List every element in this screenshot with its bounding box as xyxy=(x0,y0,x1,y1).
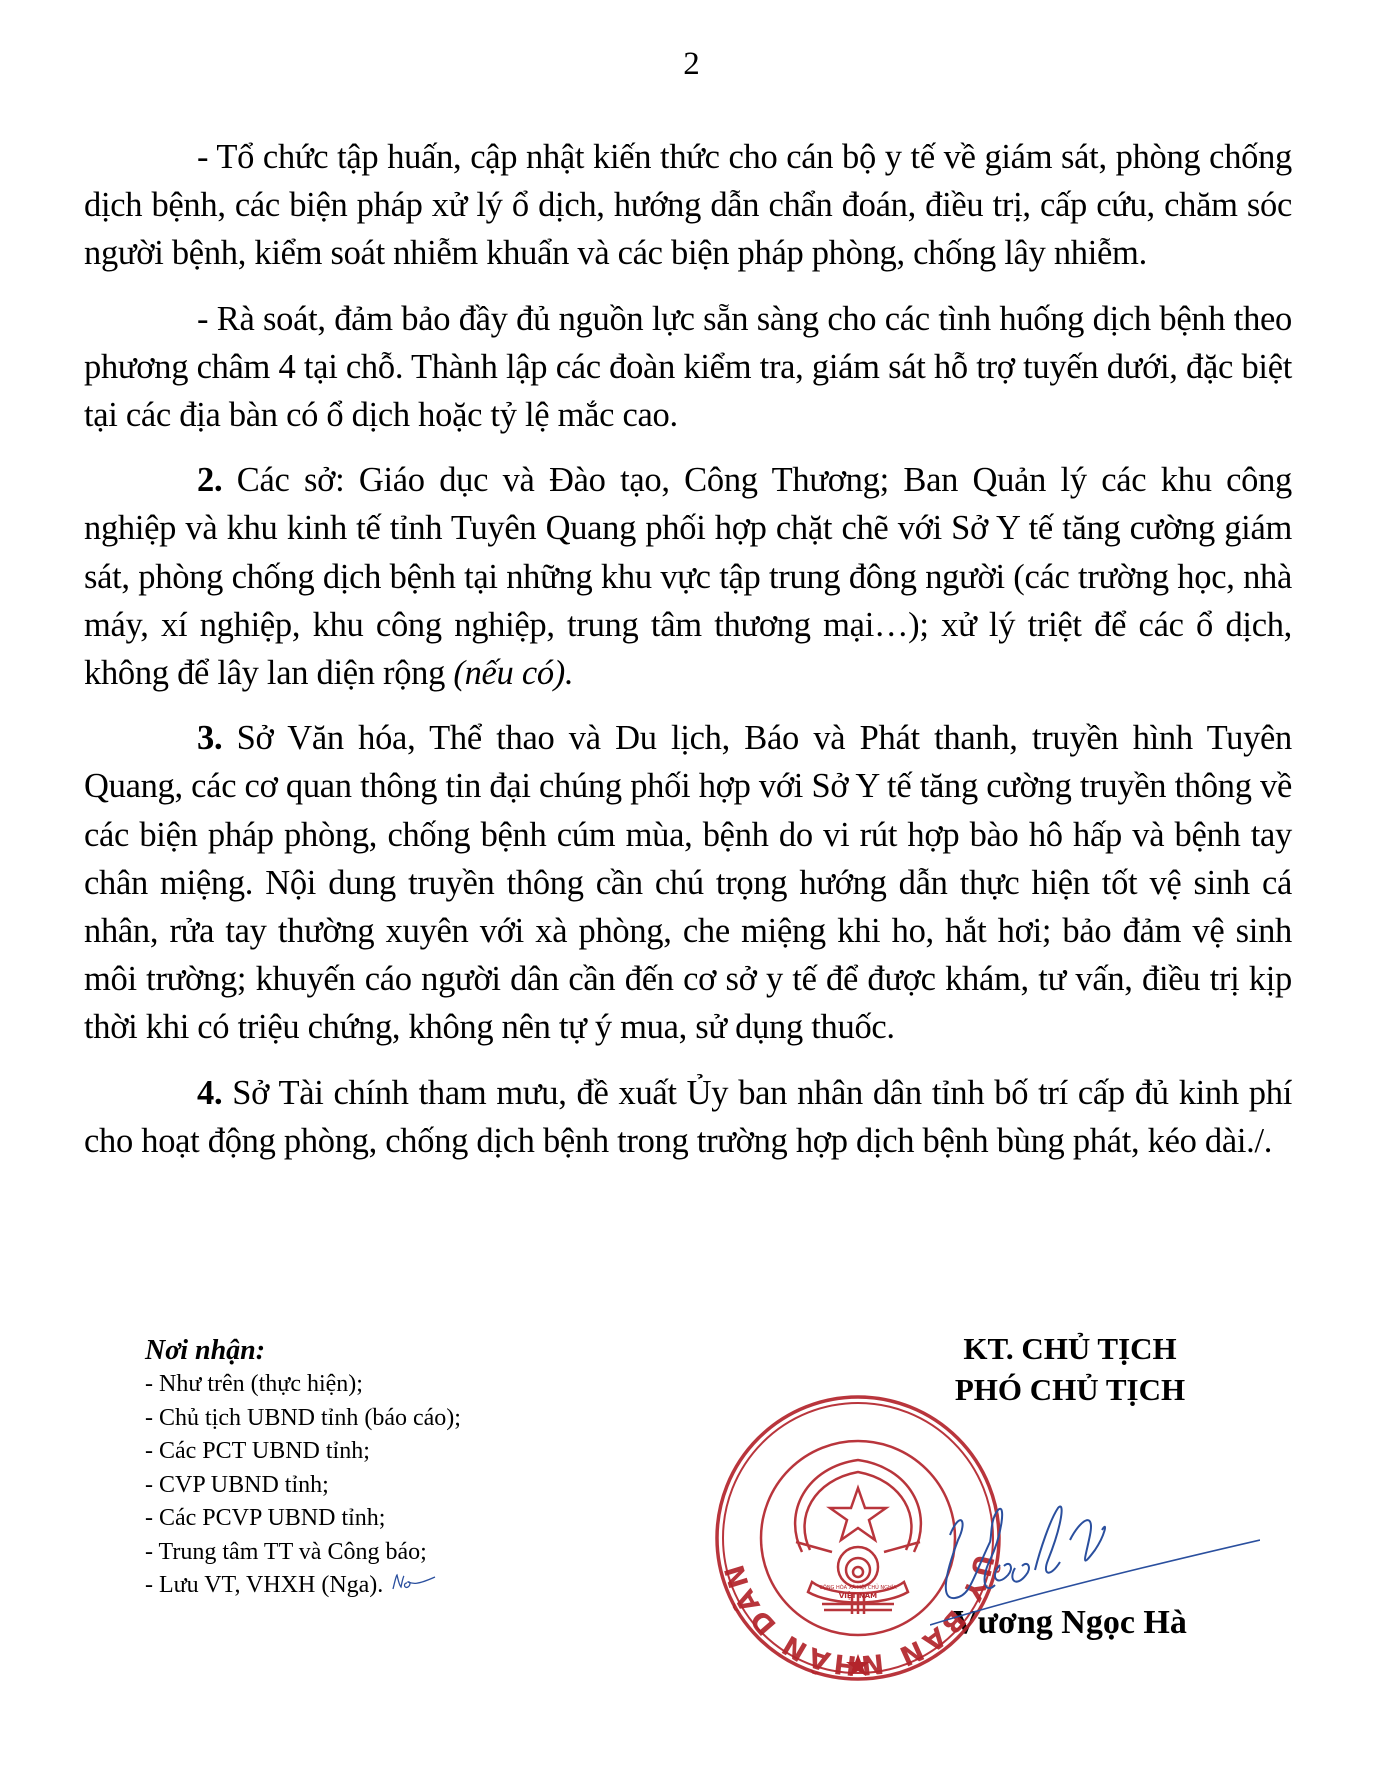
recipients-list: - Như trên (thực hiện); - Chủ tịch UBND … xyxy=(145,1368,625,1603)
paragraph-number: 2. xyxy=(197,461,222,499)
recipient-item: - CVP UBND tỉnh; xyxy=(145,1469,625,1503)
recipients-title: Nơi nhận: xyxy=(145,1334,625,1368)
recipient-item-last: - Lưu VT, VHXH (Nga). xyxy=(145,1569,625,1603)
recipient-item: - Các PCT UBND tỉnh; xyxy=(145,1435,625,1469)
page-number: 2 xyxy=(0,44,1383,84)
paragraph-number: 3. xyxy=(197,719,222,757)
paragraph-number: 4. xyxy=(197,1074,222,1112)
paragraph-text: - Rà soát, đảm bảo đầy đủ nguồn lực sẵn … xyxy=(84,300,1292,434)
paragraph-text: Sở Văn hóa, Thể thao và Du lịch, Báo và … xyxy=(84,719,1292,1046)
paragraph-resources: - Rà soát, đảm bảo đầy đủ nguồn lực sẵn … xyxy=(84,295,1292,440)
stamp-emblem-text: CỘNG HÒA XÃ HỘI CHỦ NGHĨA xyxy=(819,1583,897,1591)
paragraph-text: - Tổ chức tập huấn, cập nhật kiến thức c… xyxy=(84,138,1292,272)
document-body: - Tổ chức tập huấn, cập nhật kiến thức c… xyxy=(84,133,1292,1182)
paragraph-italic-tail: (nếu có). xyxy=(453,654,573,692)
stamp-emblem-text: VIỆT NAM xyxy=(839,1591,877,1600)
paragraph-training: - Tổ chức tập huấn, cập nhật kiến thức c… xyxy=(84,133,1292,278)
paragraph-text: Sở Tài chính tham mưu, đề xuất Ủy ban nh… xyxy=(84,1074,1292,1160)
signature-title-line1: KT. CHỦ TỊCH xyxy=(820,1328,1320,1369)
recipient-item: - Như trên (thực hiện); xyxy=(145,1368,625,1402)
recipient-item: - Trung tâm TT và Công báo; xyxy=(145,1536,625,1570)
handwritten-signature-icon xyxy=(930,1480,1260,1630)
paragraph-item-3: 3. Sở Văn hóa, Thể thao và Du lịch, Báo … xyxy=(84,714,1292,1051)
initials-signature-icon xyxy=(389,1570,437,1604)
recipients-block: Nơi nhận: - Như trên (thực hiện); - Chủ … xyxy=(145,1334,625,1603)
recipient-item-text: - Lưu VT, VHXH (Nga). xyxy=(145,1572,383,1598)
recipient-item: - Các PCVP UBND tỉnh; xyxy=(145,1502,625,1536)
paragraph-item-2: 2. Các sở: Giáo dục và Đào tạo, Công Thư… xyxy=(84,456,1292,697)
recipient-item: - Chủ tịch UBND tỉnh (báo cáo); xyxy=(145,1402,625,1436)
paragraph-item-4: 4. Sở Tài chính tham mưu, đề xuất Ủy ban… xyxy=(84,1069,1292,1165)
paragraph-text: Các sở: Giáo dục và Đào tạo, Công Thương… xyxy=(84,461,1292,692)
